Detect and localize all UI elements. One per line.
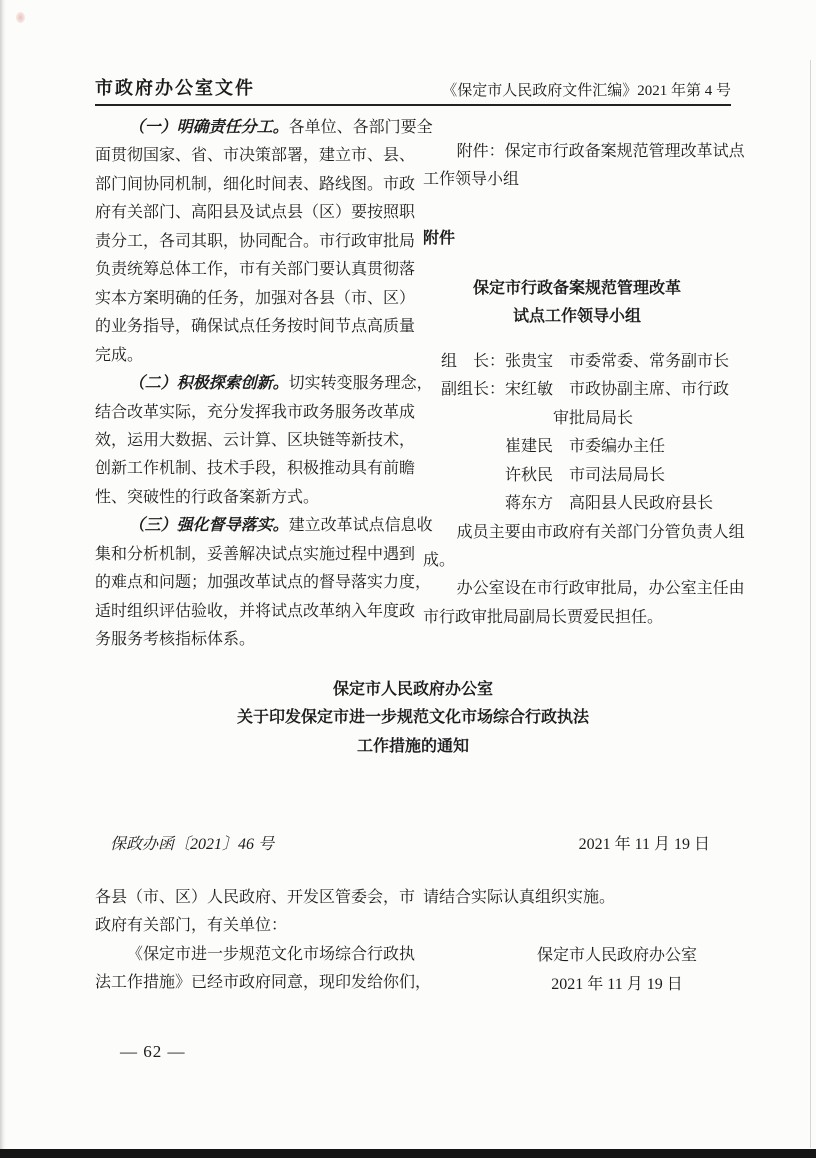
text-line: 组 长：张贵宝 市委常委、常务副市长 [441, 348, 731, 376]
text-line: 务服务考核指标体系。 [95, 626, 419, 654]
text-line: 效，运用大数据、云计算、区块链等新技术， [95, 427, 419, 455]
text-line: 实本方案明确的任务，加强对各县（市、区） [95, 285, 419, 313]
text-line: 府有关部门、高阳县及试点县（区）要按照职 [95, 199, 419, 227]
attachment-label: 附件 [423, 225, 731, 253]
scan-bottom-edge-band [0, 1149, 816, 1158]
paragraph-supervision: （三）强化督导落实。建立改革试点信息收集和分析机制，妥善解决试点实施过程中遇到的… [95, 512, 419, 654]
text-line: 的业务指导，确保试点任务按时间节点高质量 [95, 313, 419, 341]
text-line: 许秋民 市司法局局长 [505, 462, 731, 490]
text-line: 部门间协同机制，细化时间表、路线图。市政 [95, 171, 419, 199]
text-line: 结合改革实际，充分发挥我市政务服务改革成 [95, 399, 419, 427]
text-line: 办公室设在市行政审批局，办公室主任由 [423, 575, 731, 603]
scan-right-edge-line [810, 60, 811, 1148]
text-line: 成员主要由市政府有关部门分管负责人组 [423, 519, 731, 547]
text-line: 副组长：宋红敏 市政协副主席、市行政 [441, 376, 731, 404]
text-line: 成。 [423, 547, 731, 575]
scan-smudge-mark [16, 12, 25, 23]
text-line: 性、突破性的行政备案新方式。 [95, 484, 419, 512]
document-date: 2021 年 11 月 19 日 [579, 831, 710, 854]
text-line: （三）强化督导落实。建立改革试点信息收 [95, 512, 419, 540]
leading-group-title: 保定市行政备案规范管理改革试点工作领导小组 [423, 275, 731, 332]
document-number-row: 保政办函〔2021〕46 号 2021 年 11 月 19 日 [110, 831, 710, 854]
text-line: 附件：保定市行政备案规范管理改革试点 [423, 138, 731, 166]
text-line: 的难点和问题；加强改革试点的督导落实力度， [95, 569, 419, 597]
text-line: 政府有关部门，有关单位： [95, 912, 419, 940]
text-line: 蒋东方 高阳县人民政府县长 [505, 490, 731, 518]
text-line: 市行政审批局副局长贾爱民担任。 [423, 604, 731, 632]
text-line: 审批局局长 [553, 405, 731, 433]
document-number: 保政办函〔2021〕46 号 [110, 831, 274, 854]
text-line: 工作领导小组 [423, 166, 731, 194]
page-number: — 62 — [120, 1042, 186, 1062]
text-line: （二）积极探索创新。切实转变服务理念， [95, 370, 419, 398]
signature-office: 保定市人民政府办公室 [537, 942, 697, 970]
leading-group-roster: 组 长：张贵宝 市委常委、常务副市长副组长：宋红敏 市政协副主席、市行政审批局局… [441, 348, 731, 519]
scan-left-edge-shadow [0, 0, 6, 1158]
header-compilation-issue: 《保定市人民政府文件汇编》2021 年第 4 号 [442, 79, 731, 100]
text-line: 集和分析机制，妥善解决试点实施过程中遇到 [95, 541, 419, 569]
text-line: 法工作措施》已经市政府同意，现印发给你们， [95, 969, 419, 997]
paragraph-members: 成员主要由市政府有关部门分管负责人组成。 [423, 519, 731, 576]
text-line: 面贯彻国家、省、市决策部署，建立市、县、 [95, 142, 419, 170]
text-line: 《保定市进一步规范文化市场综合行政执 [127, 941, 419, 969]
paragraph-responsibility: （一）明确责任分工。各单位、各部门要全面贯彻国家、省、市决策部署，建立市、县、部… [95, 114, 419, 370]
text-line: 崔建民 市委编办主任 [505, 433, 731, 461]
text-line: 各县（市、区）人民政府、开发区管委会，市 [95, 884, 419, 912]
text-line: 创新工作机制、技术手段，积极推动具有前瞻 [95, 455, 419, 483]
text-line: 关于印发保定市进一步规范文化市场综合行政执法 [95, 704, 731, 732]
text-line: 责分工，各司其职，协同配合。市行政审批局 [95, 228, 419, 256]
text-line: 适时组织评估验收，并将试点改革纳入年度政 [95, 598, 419, 626]
signature-block: 保定市人民政府办公室 2021 年 11 月 19 日 [537, 942, 697, 999]
notice-body-closing: 请结合实际认真组织实施。 [423, 884, 731, 912]
right-column: 附件：保定市行政备案规范管理改革试点工作领导小组 附件 保定市行政备案规范管理改… [423, 112, 731, 632]
signature-date: 2021 年 11 月 19 日 [537, 971, 697, 999]
notice-body-right-column: 请结合实际认真组织实施。 保定市人民政府办公室 2021 年 11 月 19 日 [423, 884, 731, 999]
text-line: 试点工作领导小组 [423, 303, 731, 331]
text-line: 保定市行政备案规范管理改革 [423, 275, 731, 303]
attachment-note: 附件：保定市行政备案规范管理改革试点工作领导小组 [423, 138, 731, 195]
text-line: 负责统筹总体工作，市有关部门要认真贯彻落 [95, 256, 419, 284]
text-line: 请结合实际认真组织实施。 [423, 884, 731, 912]
text-line: 完成。 [95, 342, 419, 370]
notice-title: 保定市人民政府办公室关于印发保定市进一步规范文化市场综合行政执法工作措施的通知 [95, 676, 731, 761]
text-line: 工作措施的通知 [95, 733, 731, 761]
paragraph-office: 办公室设在市行政审批局，办公室主任由市行政审批局副局长贾爱民担任。 [423, 575, 731, 632]
text-line: （一）明确责任分工。各单位、各部门要全 [95, 114, 419, 142]
page-header: 市政府办公室文件 《保定市人民政府文件汇编》2021 年第 4 号 [95, 72, 731, 106]
text-line: 保定市人民政府办公室 [95, 676, 731, 704]
scanned-document-page: 市政府办公室文件 《保定市人民政府文件汇编》2021 年第 4 号 （一）明确责… [0, 0, 816, 1158]
paragraph-innovation: （二）积极探索创新。切实转变服务理念，结合改革实际，充分发挥我市政务服务改革成效… [95, 370, 419, 512]
header-document-type: 市政府办公室文件 [95, 74, 255, 100]
left-column: （一）明确责任分工。各单位、各部门要全面贯彻国家、省、市决策部署，建立市、县、部… [95, 112, 419, 655]
notice-body-left-column: 各县（市、区）人民政府、开发区管委会，市政府有关部门，有关单位：《保定市进一步规… [95, 884, 419, 998]
